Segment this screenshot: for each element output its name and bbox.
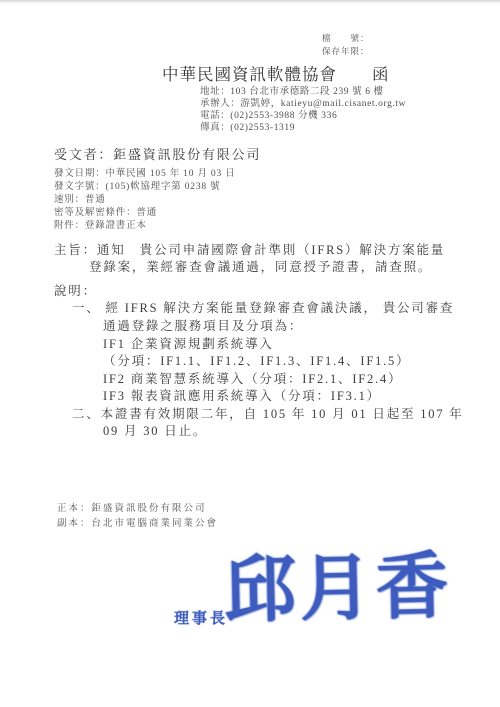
meta-doc-number: 發文字號：(105)軟協理字第 0238 號 — [54, 178, 220, 192]
explanation-item2-line: 二、本證書有效期限二年，自 105 年 10 月 01 日起至 107 年 — [72, 404, 464, 422]
meta-speed: 速別：普通 — [54, 191, 106, 205]
explanation-item1-line: （分項：IF1.1、IF1.2、IF1.3、IF1.4、IF1.5） — [103, 351, 410, 369]
explanation-item2-line: 09 月 30 日止。 — [103, 421, 207, 439]
scan-edge-artifact — [0, 0, 500, 4]
file-number-label: 檔 號： — [322, 32, 370, 44]
distribution-original: 正本：鉅盛資訊股份有限公司 — [57, 500, 207, 514]
subject-line: 主旨：通知 貴公司申請國際會計準則（IFRS）解決方案能量 — [54, 240, 445, 258]
retention-period-label: 保存年限： — [322, 45, 370, 57]
explanation-item1-line: 通過登錄之服務項目及分項為： — [103, 316, 303, 334]
meta-classification: 密等及解密條件：普通 — [54, 204, 157, 218]
org-title: 中華民國資訊軟體協會 函 — [162, 61, 390, 85]
distribution-copy: 副本：台北市電腦商業同業公會 — [57, 515, 218, 529]
explanation-item1-line: 一、 經 IFRS 解決方案能量登錄審查會議決議， 貴公司審查 — [72, 298, 454, 316]
explanation-item1-line: IF1 企業資源規劃系統導入 — [103, 334, 274, 352]
chairman-title-stamp: 理事長 — [174, 607, 228, 628]
recipient-line: 受文者：鉅盛資訊股份有限公司 — [54, 144, 261, 163]
meta-issue-date: 發文日期：中華民國 105 年 10 月 03 日 — [54, 165, 236, 179]
explanation-item1-line: IF3 報表資訊應用系統導入（分項：IF3.1） — [103, 386, 381, 404]
document-page: 檔 號： 保存年限： 中華民國資訊軟體協會 函 地址：103 台北市承德路二段 … — [0, 0, 500, 707]
subject-line: 登錄案，業經審查會議通過，同意授予證書，請查照。 — [89, 257, 432, 275]
chairman-name-stamp: 邱月香 — [223, 551, 452, 628]
letterhead-fax: 傳真：(02)2553-1319 — [200, 119, 295, 133]
explanation-item1-line: IF2 商業智慧系統導入（分項：IF2.1、IF2.4） — [103, 369, 402, 387]
meta-attachment: 附件：登錄證書正本 — [54, 217, 147, 231]
explanation-label: 說明： — [54, 281, 97, 299]
